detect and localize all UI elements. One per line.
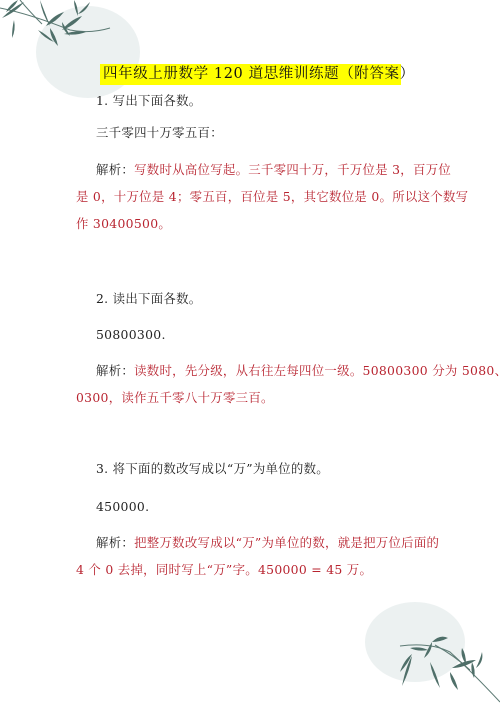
question-1-given: 三千零四十万零五百：: [96, 126, 223, 140]
question-1-analysis-line-1: 解析：写数时从高位写起。三千零四十万，千万位是 3，百万位: [96, 163, 451, 177]
analysis-text: 把整万数改写成以“万”为单位的数，就是把万位后面的: [134, 535, 439, 550]
question-2-given: 50800300.: [96, 328, 166, 342]
question-1-prompt: 1. 写出下面各数。: [96, 94, 202, 108]
question-2-prompt: 2. 读出下面各数。: [96, 292, 202, 306]
question-1-analysis-line-2: 是 0，十万位是 4；零五百，百位是 5，其它数位是 0。所以这个数写: [76, 190, 468, 204]
question-3-analysis-line-2: 4 个 0 去掉，同时写上“万”字。450000 = 45 万。: [76, 563, 372, 577]
analysis-label: 解析：: [96, 535, 134, 550]
bamboo-moon-icon: [340, 590, 500, 707]
analysis-label: 解析：: [96, 363, 134, 378]
question-1-analysis-line-3: 作 30400500。: [76, 217, 171, 231]
question-3-prompt: 3. 将下面的数改写成以“万”为单位的数。: [96, 462, 329, 476]
question-3-given: 450000.: [96, 500, 149, 514]
question-2-analysis-line-1: 解析：读数时，先分级，从右往左每四位一级。50800300 分为 5080、: [96, 364, 500, 378]
page-title: 四年级上册数学 120 道思维训练题（附答案）: [100, 64, 401, 85]
question-3-analysis-line-1: 解析：把整万数改写成以“万”为单位的数，就是把万位后面的: [96, 536, 439, 550]
analysis-label: 解析：: [96, 162, 134, 177]
analysis-text: 读数时，先分级，从右往左每四位一级。50800300 分为 5080、: [134, 363, 500, 378]
question-2-analysis-line-2: 0300，读作五千零八十万零三百。: [76, 391, 274, 405]
analysis-text: 写数时从高位写起。三千零四十万，千万位是 3，百万位: [134, 162, 451, 177]
